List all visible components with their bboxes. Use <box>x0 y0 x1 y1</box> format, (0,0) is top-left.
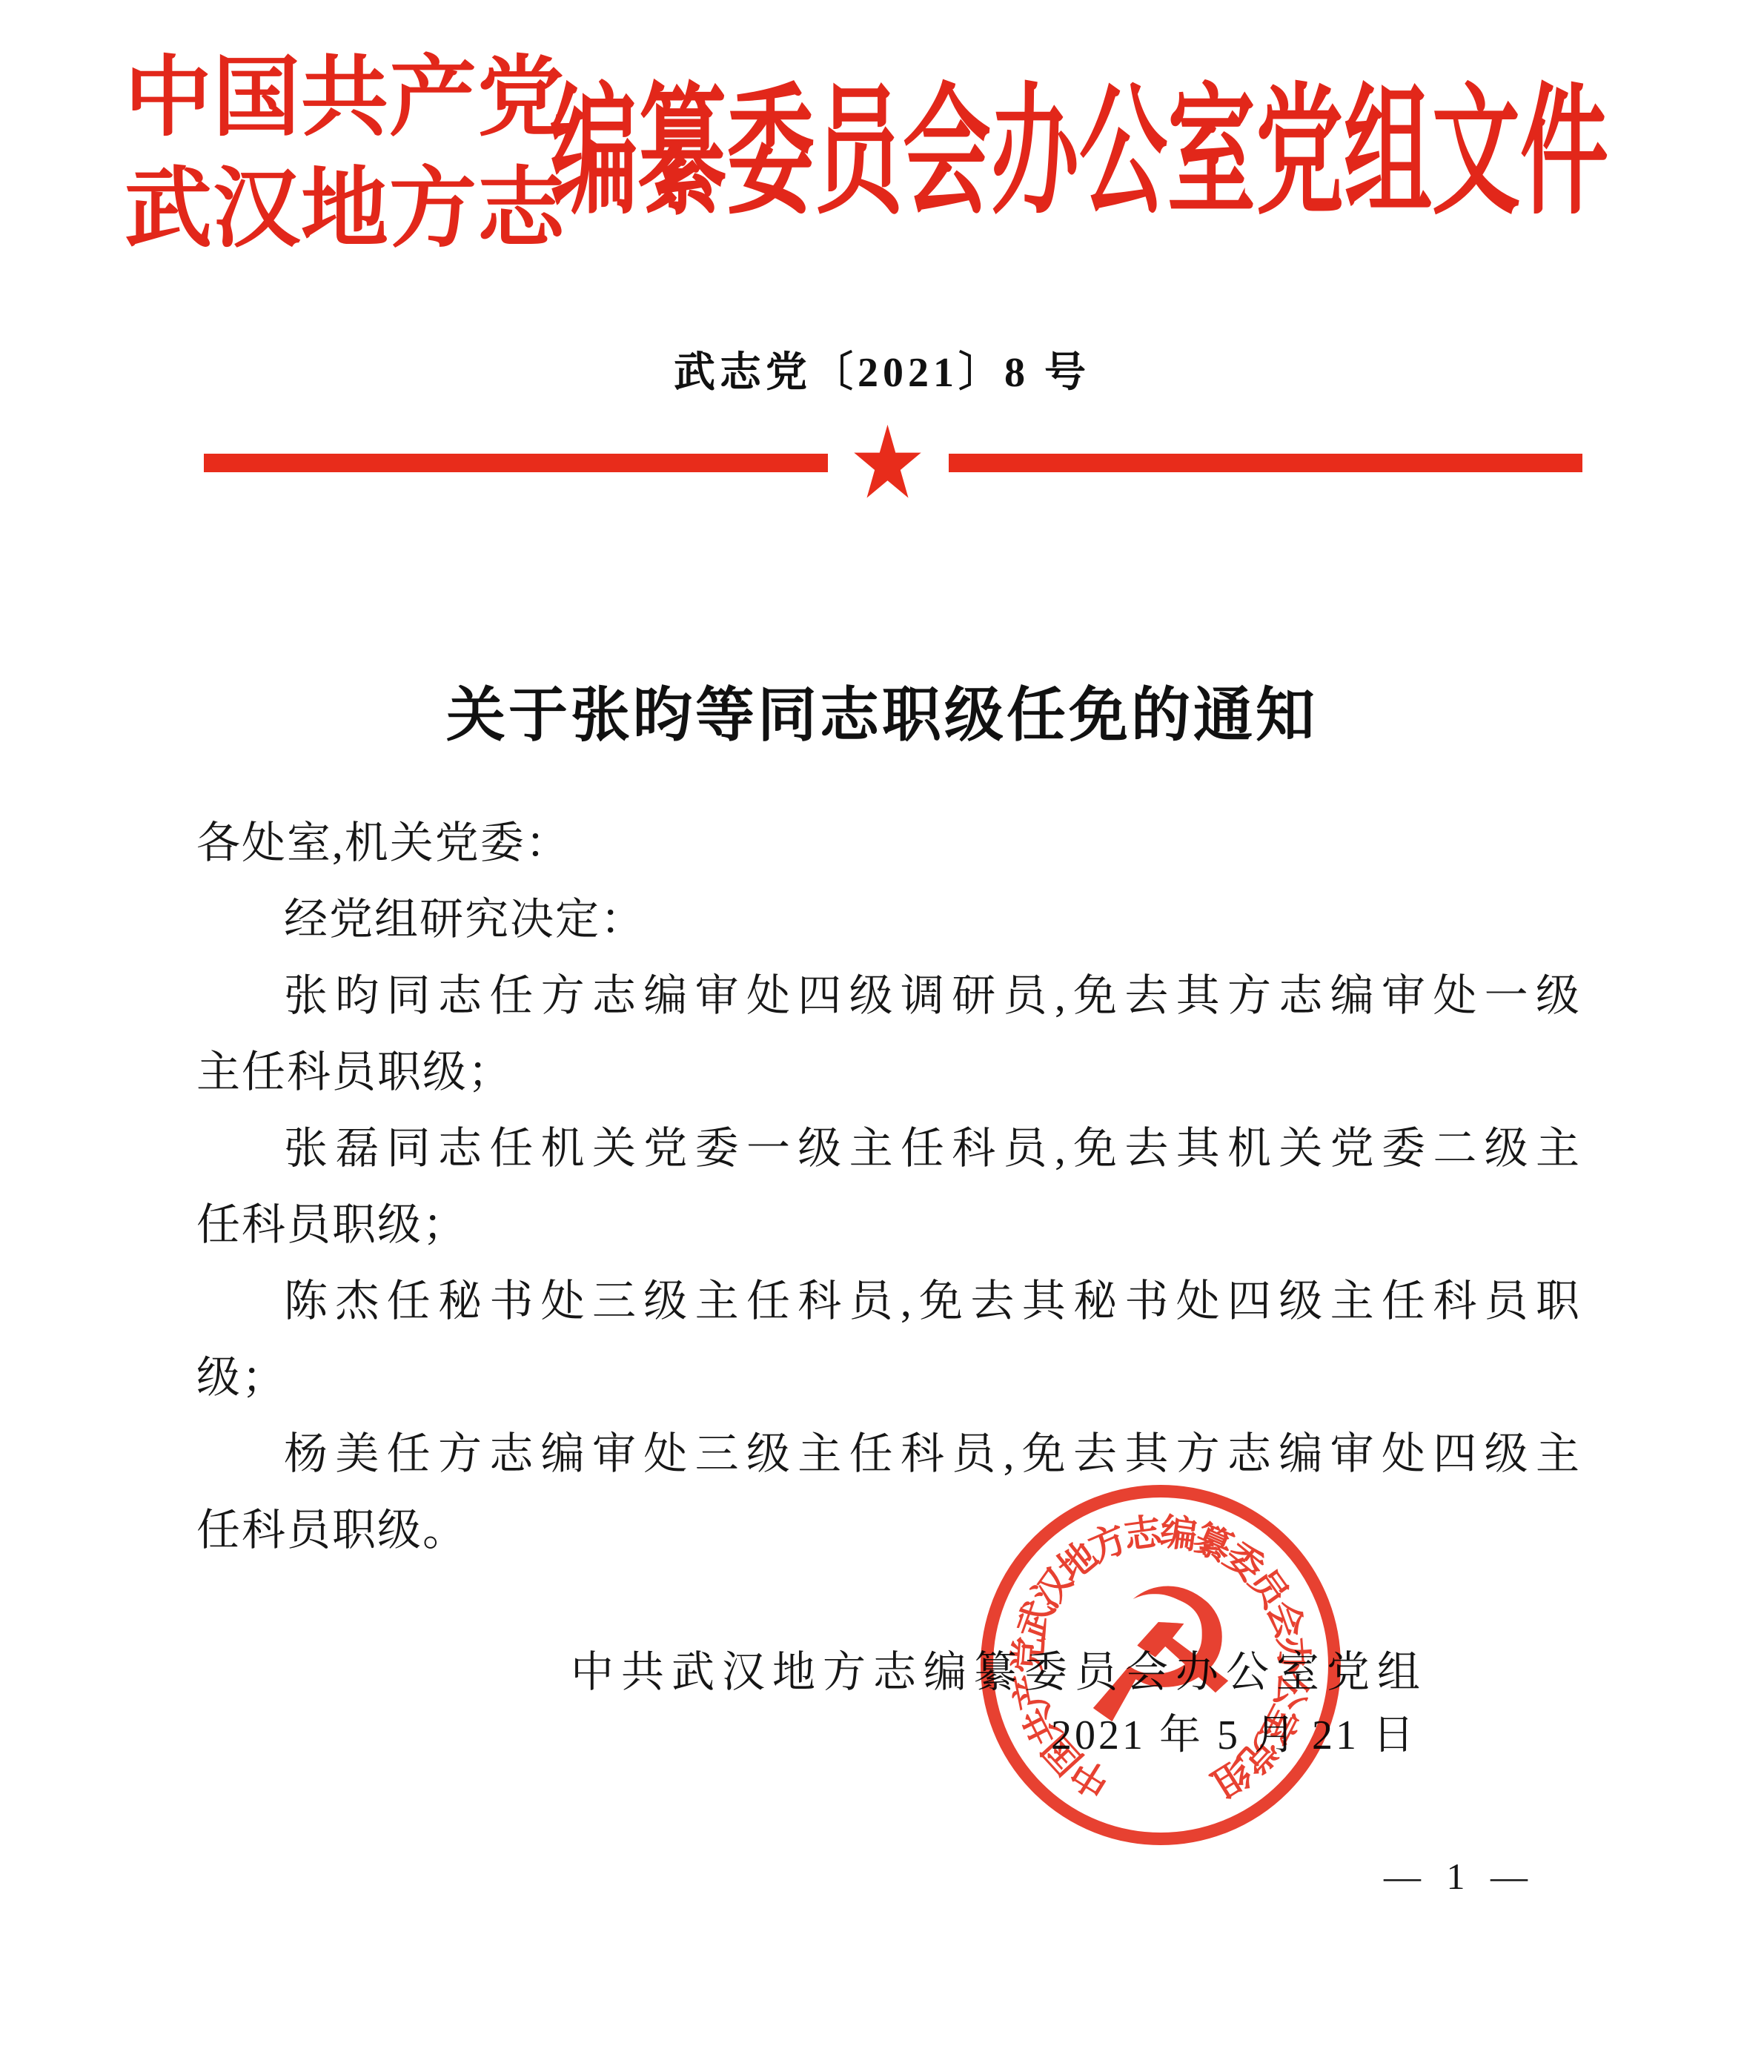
body-line: 任科员职级。 <box>196 1492 1581 1569</box>
document-page: 中国共产党 武汉地方志 编纂委员会办公室党组文件 武志党〔2021〕8 号 ★ … <box>0 0 1764 2072</box>
body-line: 张昀同志任方志编审处四级调研员,免去其方志编审处一级 <box>196 958 1581 1034</box>
seal-circle: ☭ 中国共产党武汉地方志编纂委员会办公室党组 <box>981 1485 1341 1845</box>
star-icon: ★ <box>838 412 938 513</box>
document-body: 各处室,机关党委： 经党组研究决定： 张昀同志任方志编审处四级调研员,免去其方志… <box>196 805 1581 1569</box>
letterhead-org-main: 编纂委员会办公室党组文件 <box>550 83 1608 224</box>
red-rule-right <box>949 454 1582 472</box>
official-seal: ☭ 中国共产党武汉地方志编纂委员会办公室党组 <box>981 1485 1339 1844</box>
body-line: 张磊同志任机关党委一级主任科员,免去其机关党委二级主 <box>196 1111 1581 1187</box>
letterhead-org-small: 中国共产党 武汉地方志 <box>125 43 566 265</box>
body-line: 杨美任方志编审处三级主任科员,免去其方志编审处四级主 <box>196 1416 1581 1492</box>
body-line: 主任科员职级； <box>196 1034 1581 1111</box>
body-line: 级； <box>196 1340 1581 1416</box>
letterhead-org-line2: 武汉地方志 <box>125 154 566 265</box>
body-line: 任科员职级； <box>196 1187 1581 1263</box>
body-line-salutation: 各处室,机关党委： <box>196 805 1581 881</box>
body-line: 陈杰任秘书处三级主任科员,免去其秘书处四级主任科员职 <box>196 1263 1581 1340</box>
page-number: — 1 — <box>1360 1855 1553 1898</box>
document-number: 武志党〔2021〕8 号 <box>0 340 1764 399</box>
body-line: 经党组研究决定： <box>196 881 1581 958</box>
red-rule-left <box>204 454 828 472</box>
letterhead-org-line1: 中国共产党 <box>125 43 566 154</box>
hammer-sickle-icon: ☭ <box>1078 1565 1244 1750</box>
document-title: 关于张昀等同志职级任免的通知 <box>0 667 1764 752</box>
